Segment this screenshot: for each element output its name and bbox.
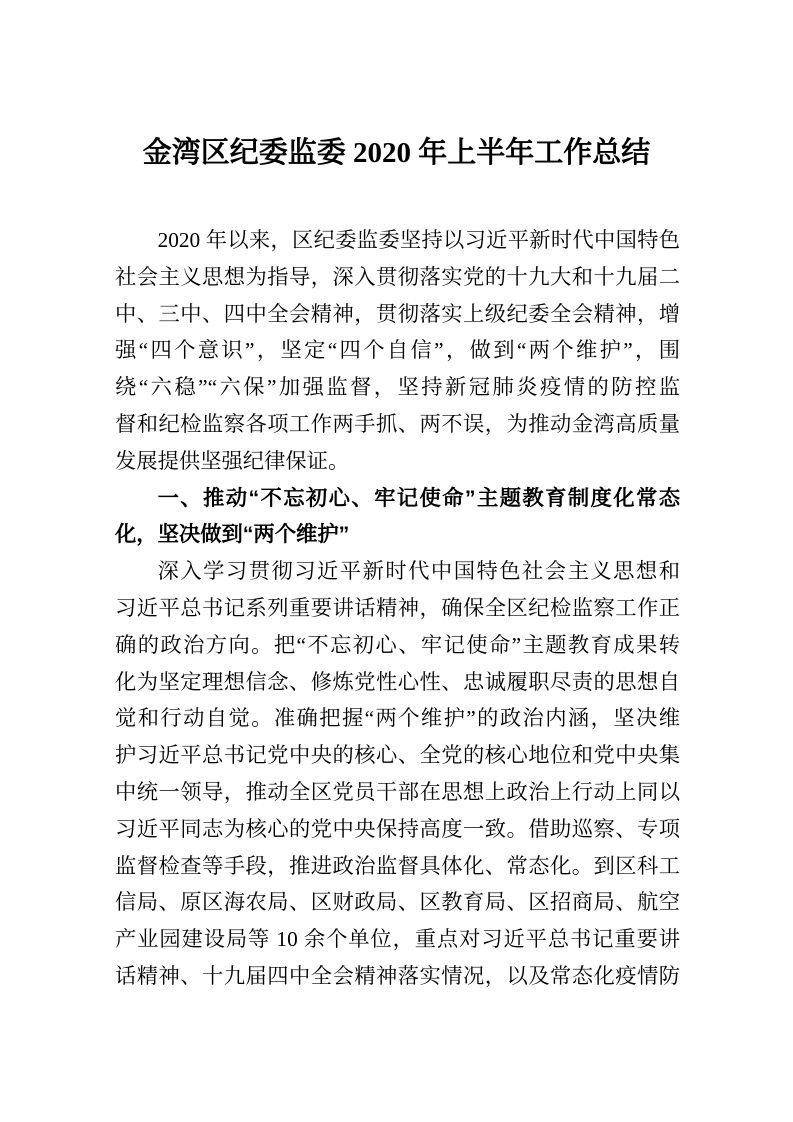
text-line: 化为坚定理想信念、修炼党性心性、忠诚履职尽责的思想自: [115, 664, 680, 701]
text-line: 确的政治方向。把“不忘初心、牢记使命”主题教育成果转: [115, 627, 680, 664]
text-line: 2020 年以来，区纪委监委坚持以习近平新时代中国特色: [115, 222, 680, 259]
text-line: 信局、原区海农局、区财政局、区教育局、区招商局、航空: [115, 884, 680, 921]
section-heading-line: 化，坚决做到“两个维护”: [115, 516, 680, 553]
text-line: 话精神、十九届四中全会精神落实情况，以及常态化疫情防: [115, 958, 680, 995]
text-line: 监督检查等手段，推进政治监督具体化、常态化。到区科工: [115, 848, 680, 885]
text-line: 觉和行动自觉。准确把握“两个维护”的政治内涵，坚决维: [115, 700, 680, 737]
text-line: 社会主义思想为指导，深入贯彻落实党的十九大和十九届二: [115, 259, 680, 296]
text-line: 中、三中、四中全会精神，贯彻落实上级纪委全会精神，增: [115, 296, 680, 333]
text-line: 护习近平总书记党中央的核心、全党的核心地位和党中央集: [115, 737, 680, 774]
text-line: 督和纪检监察各项工作两手抓、两不误，为推动金湾高质量: [115, 406, 680, 443]
document-body: 2020 年以来，区纪委监委坚持以习近平新时代中国特色 社会主义思想为指导，深入…: [115, 222, 680, 995]
document-page: 金湾区纪委监委 2020 年上半年工作总结 2020 年以来，区纪委监委坚持以习…: [0, 0, 793, 1122]
text-line: 产业园建设局等 10 余个单位，重点对习近平总书记重要讲: [115, 921, 680, 958]
document-title: 金湾区纪委监委 2020 年上半年工作总结: [56, 130, 737, 176]
text-line: 深入学习贯彻习近平新时代中国特色社会主义思想和: [115, 553, 680, 590]
text-line: 强“四个意识”，坚定“四个自信”，做到“两个维护”，围: [115, 332, 680, 369]
text-line: 发展提供坚强纪律保证。: [115, 443, 680, 480]
text-line: 绕“六稳”“六保”加强监督，坚持新冠肺炎疫情的防控监: [115, 369, 680, 406]
section-heading-line: 一、推动“不忘初心、牢记使命”主题教育制度化常态: [115, 480, 680, 517]
text-line: 习近平总书记系列重要讲话精神，确保全区纪检监察工作正: [115, 590, 680, 627]
text-line: 习近平同志为核心的党中央保持高度一致。借助巡察、专项: [115, 811, 680, 848]
text-line: 中统一领导，推动全区党员干部在思想上政治上行动上同以: [115, 774, 680, 811]
